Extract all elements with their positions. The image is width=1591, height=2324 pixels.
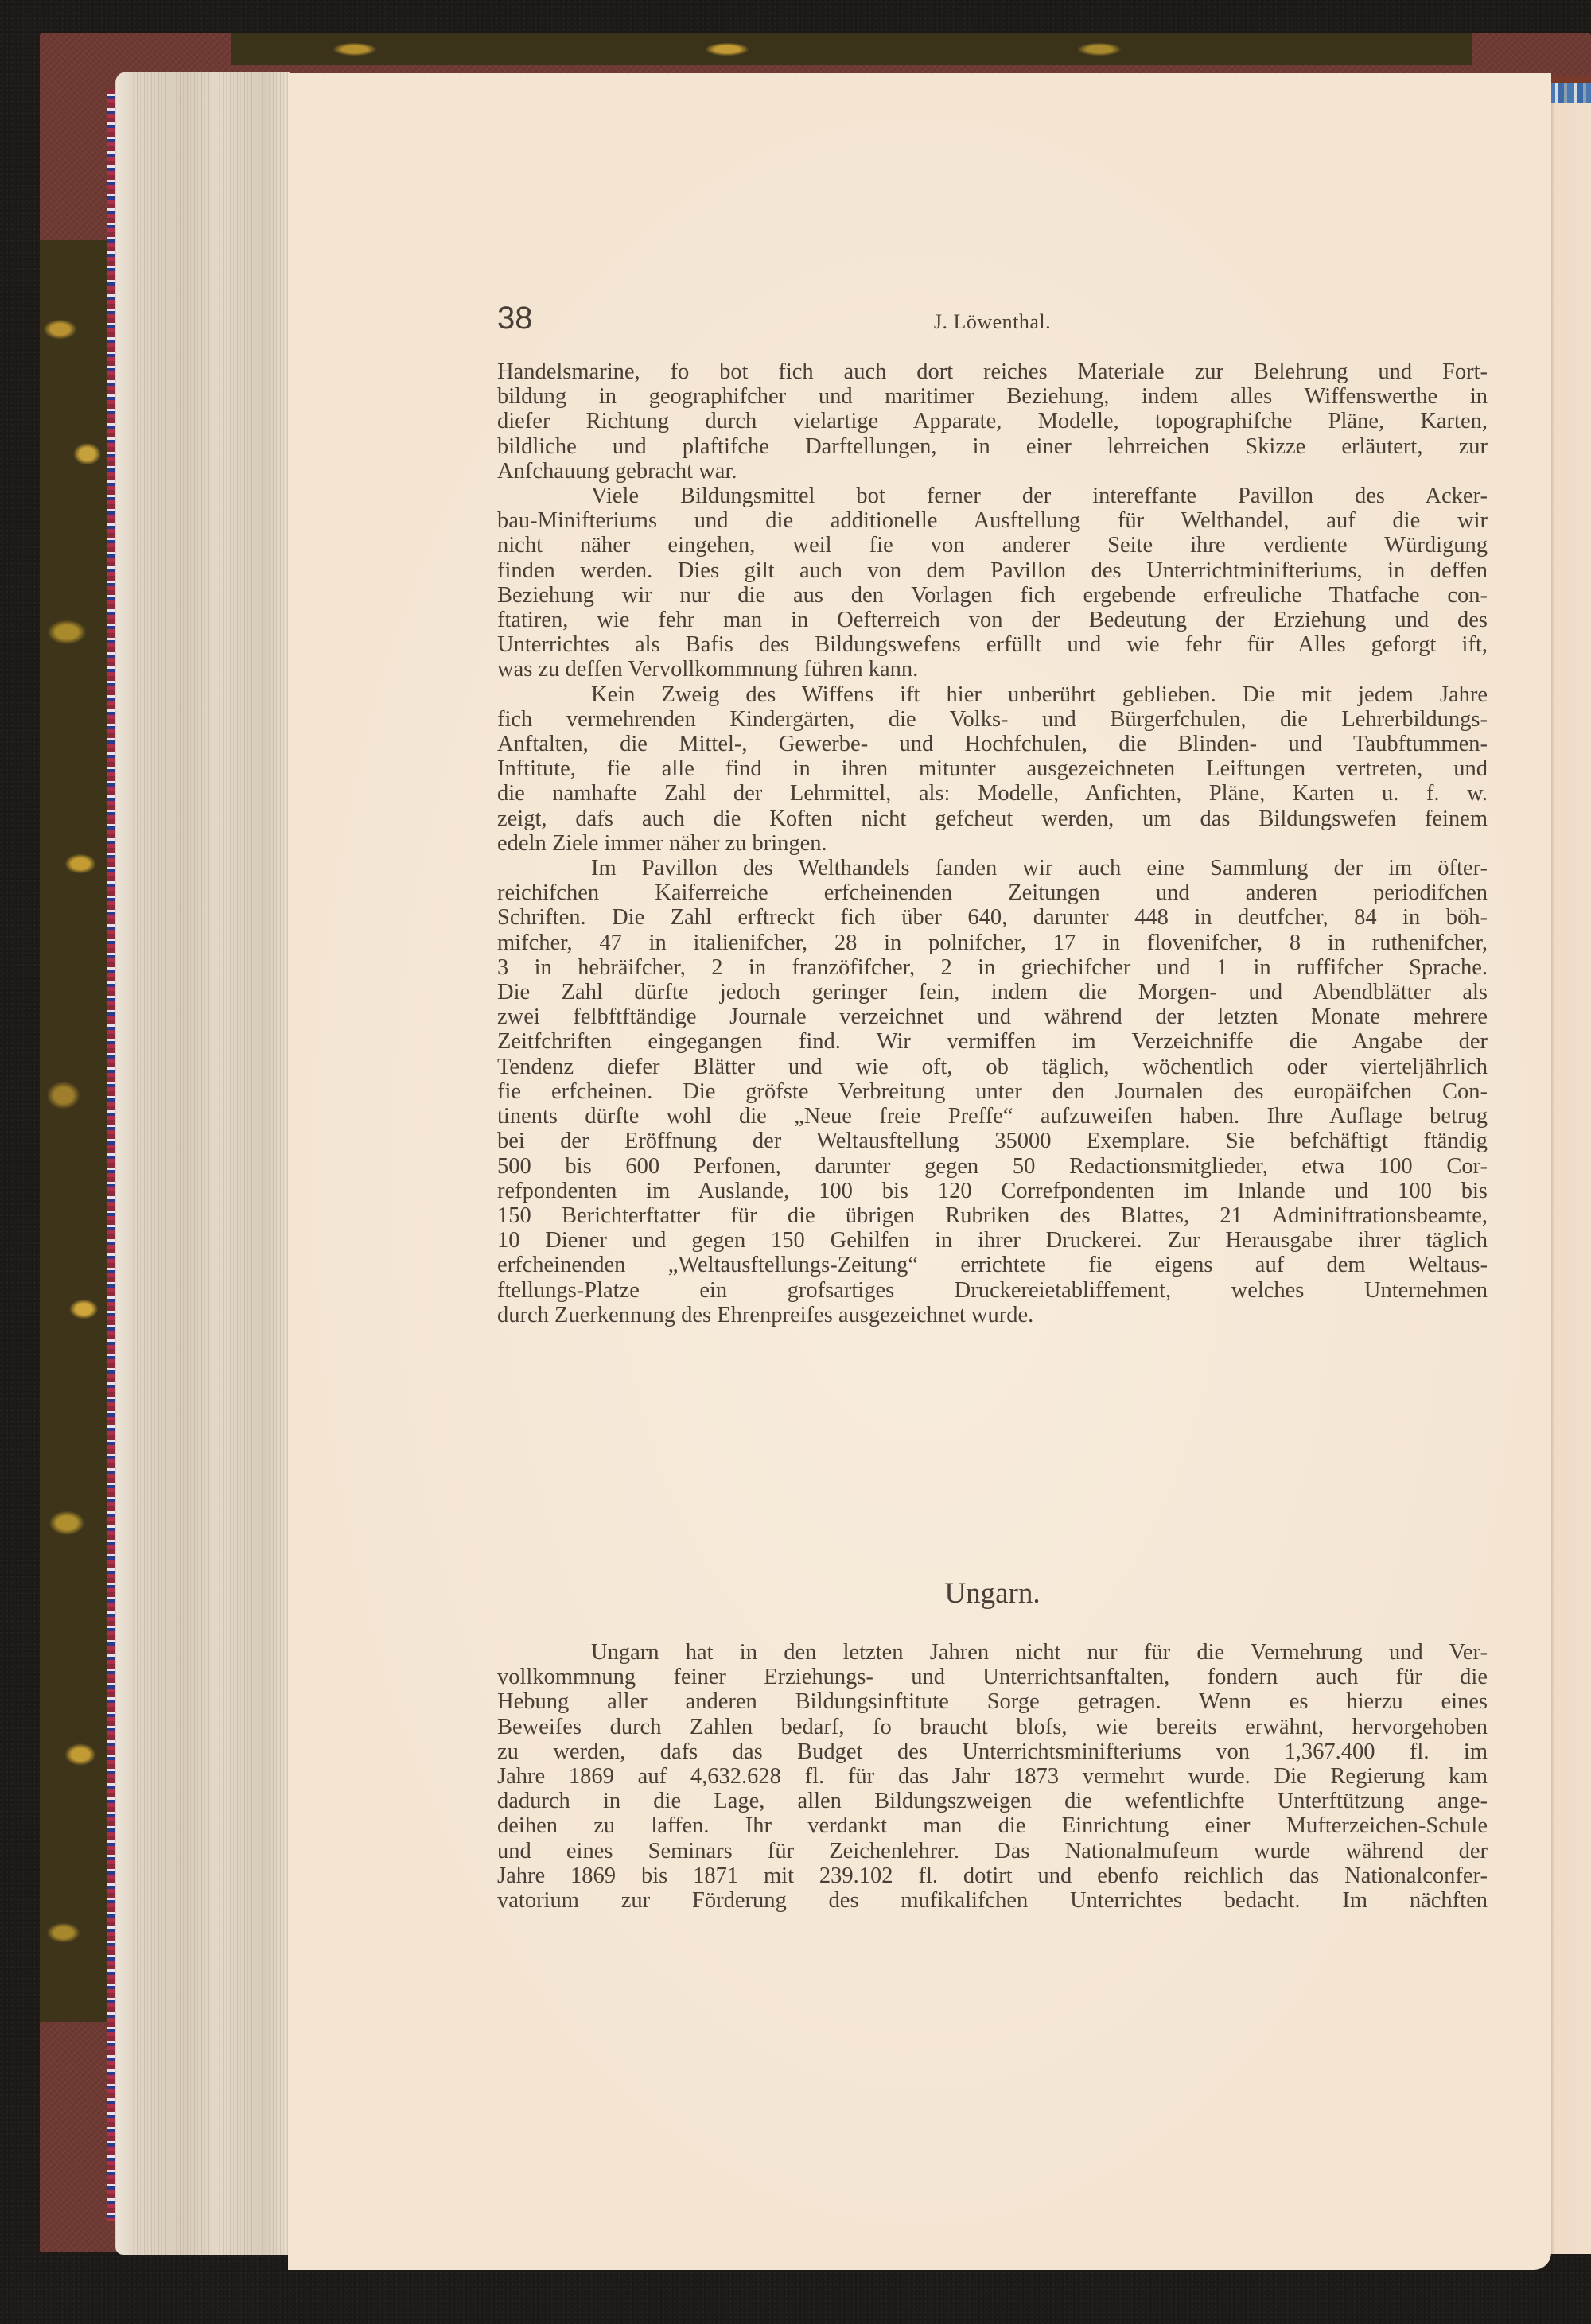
text-line: Jahre 1869 auf 4,632.628 fl. für das Jah… bbox=[497, 1764, 1488, 1789]
text-line: Die Zahl dürfte jedoch geringer fein, in… bbox=[497, 980, 1488, 1005]
text-line: bau-Minifteriums und die additionelle Au… bbox=[497, 508, 1488, 533]
text-line: durch Zuerkennung des Ehrenpreifes ausge… bbox=[497, 1303, 1488, 1327]
text-line: Hebung aller anderen Bildungsinftitute S… bbox=[497, 1689, 1488, 1714]
text-line: zwei felbftftändige Journale verzeichnet… bbox=[497, 1005, 1488, 1029]
text-line: Schriften. Die Zahl erftreckt fich über … bbox=[497, 905, 1488, 930]
text-line: Inftitute, fie alle find in ihren mitunt… bbox=[497, 756, 1488, 781]
body-text-part2: Ungarn hat in den letzten Jahren nicht n… bbox=[497, 1640, 1488, 1913]
text-line: Im Pavillon des Welthandels fanden wir a… bbox=[497, 856, 1488, 880]
text-line: refpondenten im Auslande, 100 bis 120 Co… bbox=[497, 1179, 1488, 1203]
text-line: die namhafte Zahl der Lehrmittel, als: M… bbox=[497, 781, 1488, 806]
text-line: mifcher, 47 in italienifcher, 28 in poln… bbox=[497, 931, 1488, 955]
text-line: Jahre 1869 bis 1871 mit 239.102 fl. doti… bbox=[497, 1863, 1488, 1888]
marbled-endpaper bbox=[107, 89, 115, 2221]
running-head-author: J. Löwenthal. bbox=[497, 310, 1488, 334]
text-line: 10 Diener und gegen 150 Gehilfen in ihre… bbox=[497, 1228, 1488, 1253]
text-line: zu werden, dafs das Budget des Unterrich… bbox=[497, 1739, 1488, 1764]
text-line: zeigt, dafs auch die Koften nicht gefche… bbox=[497, 806, 1488, 831]
text-line: Kein Zweig des Wiffens ift hier unberühr… bbox=[497, 682, 1488, 707]
text-line: deihen zu laffen. Ihr verdankt man die E… bbox=[497, 1813, 1488, 1838]
text-line: vollkommnung feiner Erziehungs- und Unte… bbox=[497, 1665, 1488, 1689]
text-line: reichifchen Kaiferreiche erfcheinenden Z… bbox=[497, 880, 1488, 905]
running-head: 38 J. Löwenthal. bbox=[497, 301, 1488, 340]
text-line: bildung in geographifcher und maritimer … bbox=[497, 384, 1488, 409]
text-line: ftatiren, wie fehr man in Oefterreich vo… bbox=[497, 608, 1488, 632]
book-cover-marbled-top bbox=[231, 33, 1472, 65]
text-line: Zeitfchriften eingegangen find. Wir verm… bbox=[497, 1029, 1488, 1054]
text-line: dadurch in die Lage, allen Bildungszweig… bbox=[497, 1789, 1488, 1813]
text-line: Viele Bildungsmittel bot ferner der inte… bbox=[497, 484, 1488, 508]
text-line: Beweifes durch Zahlen bedarf, fo braucht… bbox=[497, 1715, 1488, 1739]
body-text-part1: Handelsmarine, fo bot fich auch dort rei… bbox=[497, 359, 1488, 1327]
facing-page-edge bbox=[1550, 97, 1591, 2254]
text-line: finden werden. Dies gilt auch von dem Pa… bbox=[497, 558, 1488, 583]
text-line: Anftalten, die Mittel-, Gewerbe- und Hoc… bbox=[497, 732, 1488, 756]
text-line: nicht näher eingehen, weil fie von ander… bbox=[497, 533, 1488, 558]
text-line: fie erfcheinen. Die gröfste Verbreitung … bbox=[497, 1079, 1488, 1104]
text-line: 3 in hebräifcher, 2 in franzöfifcher, 2 … bbox=[497, 955, 1488, 980]
text-line: Handelsmarine, fo bot fich auch dort rei… bbox=[497, 359, 1488, 384]
text-line: Beziehung wir nur die aus den Vorlagen f… bbox=[497, 583, 1488, 608]
text-line: Ungarn hat in den letzten Jahren nicht n… bbox=[497, 1640, 1488, 1665]
text-line: vatorium zur Förderung des mufikalifchen… bbox=[497, 1888, 1488, 1913]
stacked-page-edges bbox=[115, 72, 290, 2255]
text-line: bildliche und plaftifche Darftellungen, … bbox=[497, 434, 1488, 459]
text-line: erfcheinenden „Weltausftellungs-Zeitung“… bbox=[497, 1253, 1488, 1277]
text-line: 150 Berichterftatter für die übrigen Rub… bbox=[497, 1203, 1488, 1228]
text-line: tinents dürfte wohl die „Neue freie Pref… bbox=[497, 1104, 1488, 1129]
text-line: fich vermehrenden Kindergärten, die Volk… bbox=[497, 707, 1488, 732]
book-cover-marbled-side bbox=[40, 240, 107, 2022]
text-line: was zu deffen Vervollkommnung führen kan… bbox=[497, 657, 1488, 682]
text-line: Unterrichtes als Bafis des Bildungswefen… bbox=[497, 632, 1488, 657]
text-line: bei der Eröffnung der Weltausftellung 35… bbox=[497, 1129, 1488, 1153]
text-line: Tendenz diefer Blätter und wie oft, ob t… bbox=[497, 1055, 1488, 1079]
text-line: und eines Seminars für Zeichenlehrer. Da… bbox=[497, 1839, 1488, 1863]
text-line: Anfchauung gebracht war. bbox=[497, 459, 1488, 484]
text-line: edeln Ziele immer näher zu bringen. bbox=[497, 831, 1488, 856]
text-line: 500 bis 600 Perfonen, darunter gegen 50 … bbox=[497, 1154, 1488, 1179]
text-line: diefer Richtung durch vielartige Apparat… bbox=[497, 409, 1488, 433]
section-heading: Ungarn. bbox=[497, 1576, 1488, 1611]
text-line: ftellungs-Platze ein grofsartiges Drucke… bbox=[497, 1278, 1488, 1303]
